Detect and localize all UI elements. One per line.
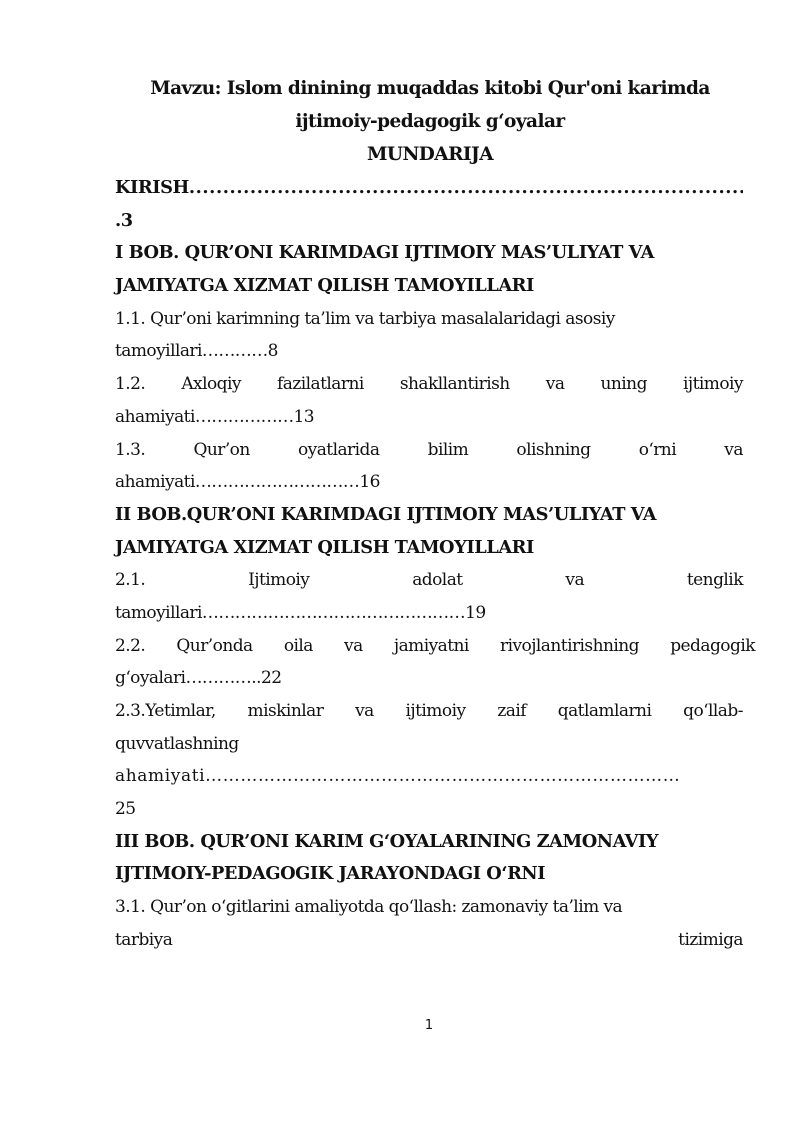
word: 2.1. — [115, 564, 145, 597]
chapter-3-heading-line-2[interactable]: IJTIMOIY-PEDAGOGIK JARAYONDAGI O‘RNI — [115, 858, 743, 891]
toc-entry-kirish[interactable]: KIRISH .................................… — [115, 172, 743, 205]
word: fazilatlarni — [277, 368, 364, 401]
chapter-2-heading-line-2[interactable]: JAMIYATGA XIZMAT QILISH TAMOYILLARI — [115, 532, 743, 565]
word: bilim — [428, 434, 469, 467]
word: qo‘llab- — [683, 695, 743, 728]
document-page: Mavzu: Islom dinining muqaddas kitobi Qu… — [0, 0, 800, 1131]
toc-section-3-1-line-2[interactable]: tarbiya tizimiga — [115, 924, 743, 957]
document-title: Mavzu: Islom dinining muqaddas kitobi Qu… — [100, 72, 760, 171]
dot-leader: ........................................… — [189, 172, 743, 205]
chapter-2-heading-line-1[interactable]: II BOB.QUR’ONI KARIMDAGI IJTIMOIY MAS’UL… — [115, 499, 743, 532]
chapter-1-heading-line-1[interactable]: I BOB. QUR’ONI KARIMDAGI IJTIMOIY MAS’UL… — [115, 237, 743, 270]
word: va — [546, 368, 565, 401]
toc-section-1-2-page[interactable]: ahamiyati………………13 — [115, 401, 743, 434]
table-of-contents: KIRISH .................................… — [115, 172, 743, 957]
word: qatlamlarni — [558, 695, 652, 728]
word: adolat — [412, 564, 462, 597]
word: 2.2. — [115, 630, 145, 663]
word: uning — [601, 368, 647, 401]
word: miskinlar — [248, 695, 324, 728]
toc-section-2-2[interactable]: 2.2. Qur’onda oila va jamiyatni rivojlan… — [115, 630, 755, 663]
word: tarbiya — [115, 924, 172, 957]
word: 2.3.Yetimlar, — [115, 695, 216, 728]
toc-section-2-1-page[interactable]: tamoyillari…………………………………………19 — [115, 597, 743, 630]
toc-section-2-3-line-2[interactable]: quvvatlashning — [115, 728, 743, 761]
toc-section-2-2-page[interactable]: g‘oyalari…………..22 — [115, 662, 743, 695]
word: jamiyatni — [394, 630, 469, 663]
toc-section-1-1[interactable]: 1.1. Qur’oni karimning ta’lim va tarbiya… — [115, 303, 743, 336]
word: Ijtimoiy — [248, 564, 309, 597]
toc-section-2-1[interactable]: 2.1. Ijtimoiy adolat va tenglik — [115, 564, 743, 597]
word: ijtimoiy — [406, 695, 466, 728]
toc-section-1-1-page[interactable]: tamoyillari…………8 — [115, 335, 743, 368]
word: Axloqiy — [181, 368, 241, 401]
chapter-3-heading-line-1[interactable]: III BOB. QUR’ONI KARIM G‘OYALARINING ZAM… — [115, 826, 743, 859]
word: shakllantirish — [400, 368, 510, 401]
word: 1.2. — [115, 368, 145, 401]
dot-leader: ahamiyati……………………………………………………………………… — [115, 760, 743, 793]
toc-entry-label: KIRISH — [115, 172, 189, 205]
toc-section-1-2[interactable]: 1.2. Axloqiy fazilatlarni shakllantirish… — [115, 368, 743, 401]
title-line-2: ijtimoiy-pedagogik g‘oyalar — [100, 105, 760, 138]
page-number: 1 — [0, 1018, 800, 1033]
word: o‘rni — [639, 434, 676, 467]
toc-section-2-3-line-3[interactable]: ahamiyati……………………………………………………………………… — [115, 760, 743, 793]
toc-section-1-3[interactable]: 1.3. Qur’on oyatlarida bilim olishning o… — [115, 434, 743, 467]
word: oyatlarida — [298, 434, 379, 467]
word: zaif — [497, 695, 526, 728]
word: tenglik — [687, 564, 743, 597]
word: Qur’onda — [176, 630, 252, 663]
word: 1.3. — [115, 434, 145, 467]
word: va — [724, 434, 743, 467]
toc-section-1-3-page[interactable]: ahamiyati…………………………16 — [115, 466, 743, 499]
toc-entry-page: .3 — [115, 205, 743, 238]
toc-heading: MUNDARIJA — [100, 138, 760, 171]
word: oila — [284, 630, 313, 663]
word: olishning — [516, 434, 590, 467]
word: pedagogik — [670, 630, 755, 663]
toc-section-2-3-page[interactable]: 25 — [115, 793, 743, 826]
toc-section-2-3[interactable]: 2.3.Yetimlar, miskinlar va ijtimoiy zaif… — [115, 695, 743, 728]
word: Qur’on — [193, 434, 249, 467]
word: va — [355, 695, 374, 728]
word: rivojlantirishning — [500, 630, 639, 663]
word: tizimiga — [678, 924, 743, 957]
word: ijtimoiy — [683, 368, 743, 401]
title-line-1: Mavzu: Islom dinining muqaddas kitobi Qu… — [100, 72, 760, 105]
word: va — [565, 564, 584, 597]
chapter-1-heading-line-2[interactable]: JAMIYATGA XIZMAT QILISH TAMOYILLARI — [115, 270, 743, 303]
word: va — [344, 630, 363, 663]
toc-section-3-1[interactable]: 3.1. Qur’on o‘gitlarini amaliyotda qo‘ll… — [115, 891, 743, 924]
